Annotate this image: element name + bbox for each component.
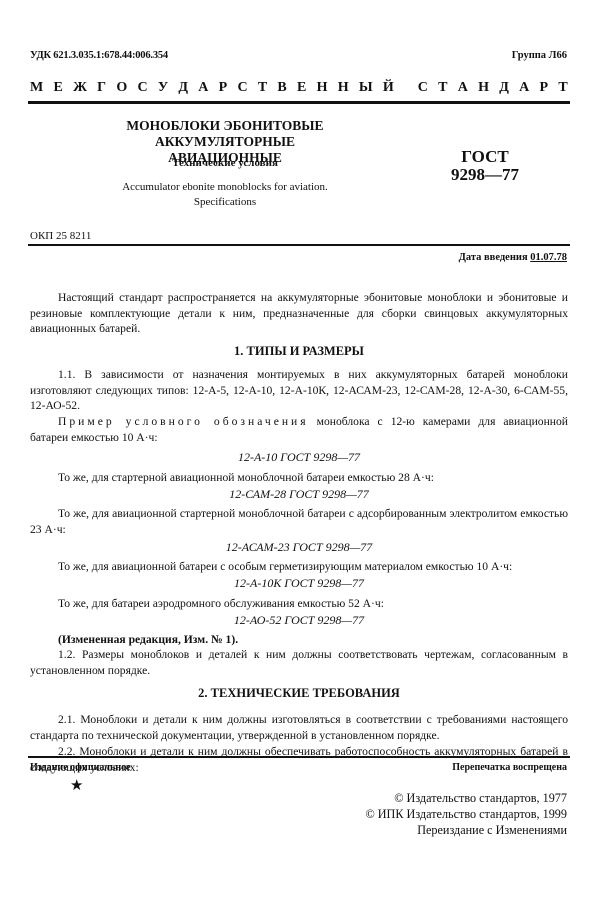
banner-letter: Е: [53, 80, 62, 96]
english-title: Accumulator ebonite monoblocks for aviat…: [65, 180, 385, 210]
banner-letter: Т: [438, 80, 447, 96]
banner-letter: Д: [178, 80, 188, 96]
example-text-5: То же, для батареи аэродромного обслужив…: [30, 596, 568, 612]
banner-letter: Ж: [73, 80, 87, 96]
banner-letter: Н: [317, 80, 328, 96]
banner-letter: А: [198, 80, 208, 96]
official-edition: Издание официальное: [30, 762, 131, 773]
intro-date-label: Дата введения: [459, 252, 528, 263]
paragraph-1-2: 1.2. Размеры моноблоков и деталей к ним …: [30, 647, 568, 678]
intro-date-value: 01.07.78: [530, 252, 567, 263]
banner-letter: Е: [297, 80, 306, 96]
intro-paragraph: Настоящий стандарт распространяется на а…: [30, 290, 568, 337]
section-1-heading: 1. ТИПЫ И РАЗМЕРЫ: [30, 344, 568, 359]
reissue-note: Переиздание с Изменениями: [365, 822, 567, 838]
okp-code: ОКП 25 8211: [30, 230, 91, 242]
copyright-1999: © ИПК Издательство стандартов, 1999: [365, 806, 567, 822]
gost-code: 9298—77: [440, 166, 530, 184]
document-subtitle: Технические условия: [65, 157, 385, 169]
gost-number: ГОСТ 9298—77: [440, 148, 530, 184]
banner-letter: М: [30, 80, 43, 96]
reprint-prohibited: Перепечатка воспрещена: [452, 762, 567, 773]
revision-note: (Измененная редакция, Изм. № 1).: [30, 632, 568, 648]
banner-letter: А: [458, 80, 468, 96]
star-icon: ★: [70, 776, 83, 795]
banner-letter: А: [519, 80, 529, 96]
title-line-1: МОНОБЛОКИ ЭБОНИТОВЫЕ АККУМУЛЯТОРНЫЕ: [65, 118, 385, 150]
interstate-standard-banner: МЕЖГОСУДАРСТВЕННЫЙ СТАНДАРТ: [30, 80, 568, 96]
gost-label: ГОСТ: [440, 148, 530, 166]
banner-letter: Д: [499, 80, 509, 96]
banner-letter: Г: [97, 80, 106, 96]
example-designation-4: 12-А-10К ГОСТ 9298—77: [30, 576, 568, 591]
paragraph-2-1: 2.1. Моноблоки и детали к ним должны изг…: [30, 712, 568, 743]
banner-letter: С: [237, 80, 247, 96]
example-label: Пример условного обозначения: [58, 415, 309, 428]
paragraph-1-1: 1.1. В зависимости от назначения монтиру…: [30, 367, 568, 414]
banner-letter: С: [137, 80, 147, 96]
english-title-line-2: Specifications: [65, 195, 385, 210]
banner-letter: Р: [219, 80, 228, 96]
footer-rule: [28, 756, 570, 758]
example-text-3: То же, для авиационной стартерной монобл…: [30, 506, 568, 537]
banner-letter: Н: [338, 80, 349, 96]
udk-code: УДК 621.3.035.1:678.44:006.354: [30, 50, 168, 61]
okp-rule: [28, 244, 570, 246]
banner-letter: Р: [540, 80, 549, 96]
banner-letter: Й: [383, 80, 394, 96]
group-code: Группа Л66: [512, 50, 567, 61]
banner-letter: Т: [258, 80, 267, 96]
example-designation-3: 12-АСАМ-23 ГОСТ 9298—77: [30, 540, 568, 555]
intro-date: Дата введения 01.07.78: [459, 252, 567, 263]
banner-letter: Т: [558, 80, 567, 96]
banner-letter: Н: [478, 80, 489, 96]
banner-letter: [404, 80, 408, 96]
section-2-heading: 2. ТЕХНИЧЕСКИЕ ТРЕБОВАНИЯ: [30, 686, 568, 701]
english-title-line-1: Accumulator ebonite monoblocks for aviat…: [65, 180, 385, 195]
banner-letter: С: [418, 80, 428, 96]
designation-example-paragraph: Пример условного обозначения моноблока с…: [30, 414, 568, 445]
example-designation-1: 12-А-10 ГОСТ 9298—77: [30, 450, 568, 465]
example-designation-5: 12-АО-52 ГОСТ 9298—77: [30, 613, 568, 628]
example-text-2: То же, для стартерной авиационной монобл…: [30, 470, 568, 486]
banner-letter: В: [277, 80, 286, 96]
example-designation-2: 12-САМ-28 ГОСТ 9298—77: [30, 487, 568, 502]
header-rule: [28, 101, 570, 104]
example-text-4: То же, для авиационной батареи с особым …: [30, 559, 568, 575]
copyright-1977: © Издательство стандартов, 1977: [365, 790, 567, 806]
banner-letter: У: [158, 80, 168, 96]
copyright-block: © Издательство стандартов, 1977 © ИПК Из…: [365, 790, 567, 838]
banner-letter: Ы: [359, 80, 373, 96]
banner-letter: О: [116, 80, 127, 96]
